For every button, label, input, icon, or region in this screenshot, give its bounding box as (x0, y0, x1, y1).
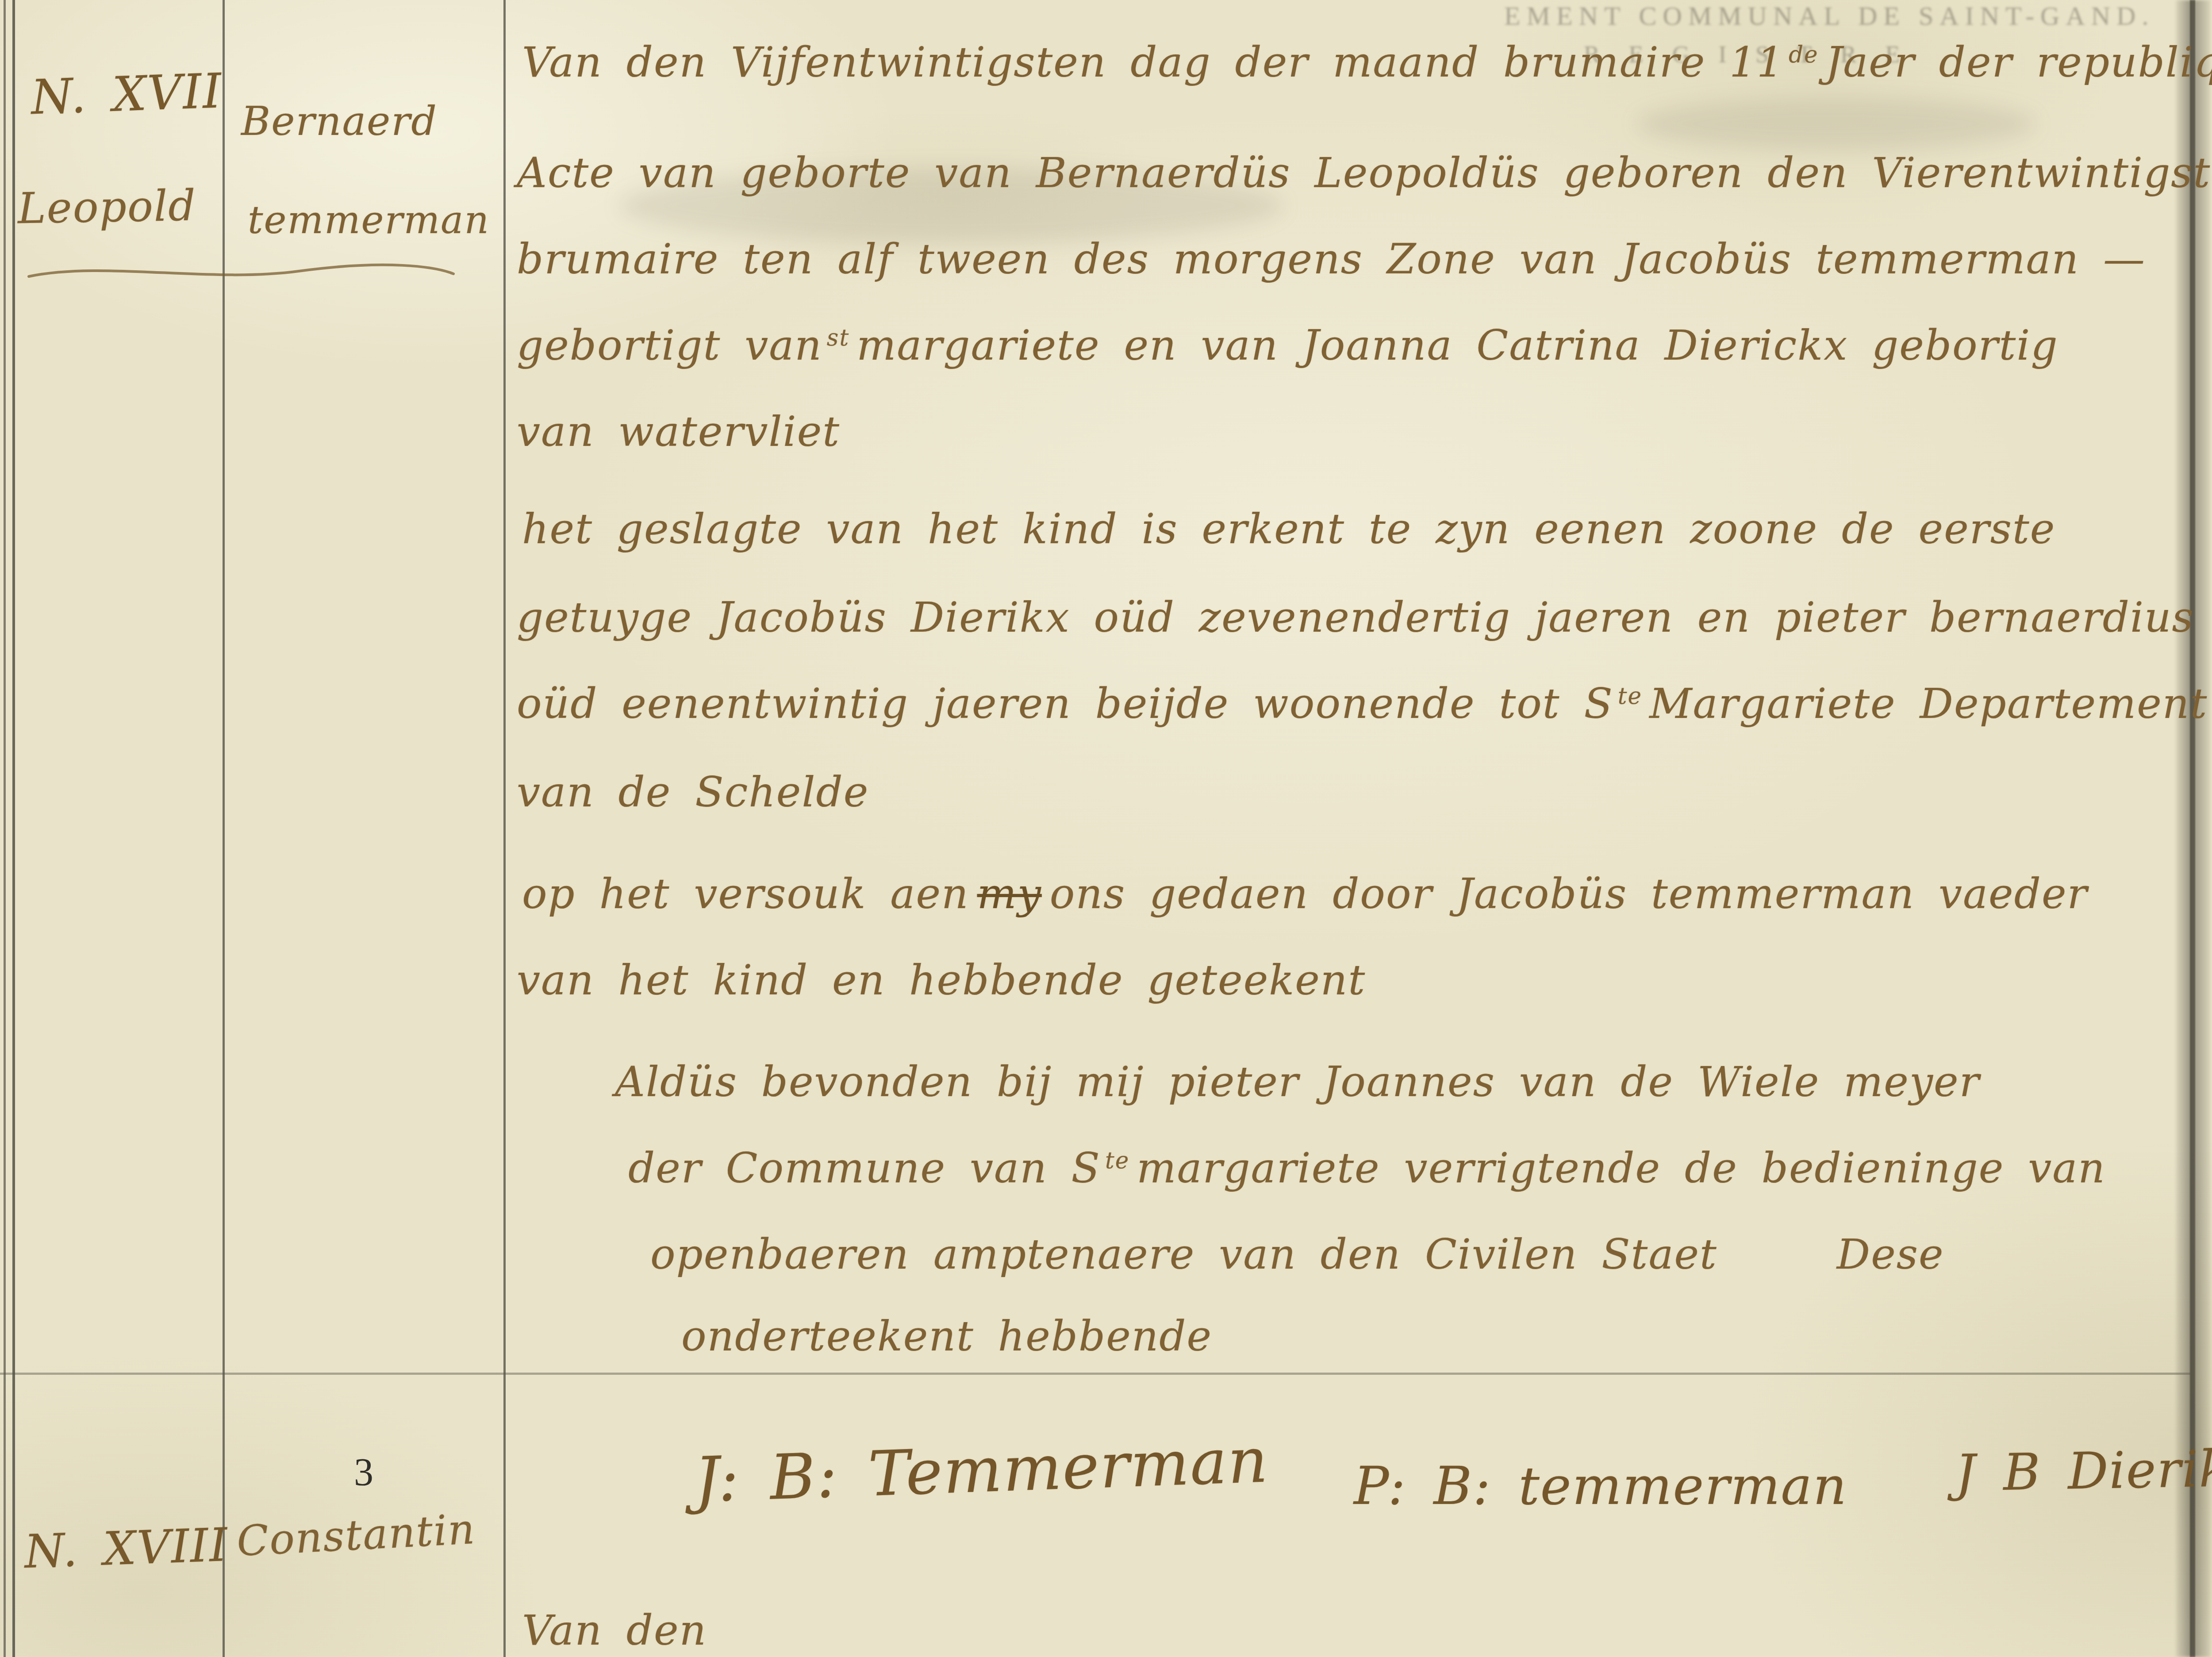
left-margin-rule-inner (12, 0, 15, 1657)
signature-jb-dierikx: J B Dierikx (1955, 1443, 2212, 1499)
next-entry-child-name: Constantin (236, 1509, 476, 1563)
act-line-2: Acte van geborte van Bernaerdüs Leopoldü… (517, 153, 2212, 194)
number-column-rule (223, 0, 225, 1657)
margin-family-name: temmerman (248, 201, 490, 239)
binding-gutter-rule (2190, 0, 2195, 1657)
act-line-7: getuyge Jacobüs Dierikx oüd zevenenderti… (517, 597, 2194, 639)
margin-child-name-line2a: Leopold (17, 184, 196, 230)
act-line-8-text: oüd eenentwintig jaeren beijde woonende … (517, 680, 1613, 728)
signature-pb-temmerman: P: B: temmerman (1354, 1460, 1847, 1512)
ghost-printed-header-line1: EMENT COMMUNAL DE SAINT-GAND. (1504, 1, 2154, 31)
printed-page-number: 3 (354, 1450, 373, 1495)
act-line-10-rest: ons gedaen door Jacobüs temmerman vaeder (1050, 870, 2088, 918)
register-page: EMENT COMMUNAL DE SAINT-GAND. R E G I S … (0, 0, 2212, 1657)
act-line-8: oüd eenentwintig jaeren beijde woonende … (517, 683, 2208, 725)
act-line-5: van watervliet (517, 411, 840, 453)
act-line-9: van de Schelde (517, 772, 869, 813)
act-line-14: openbaeren amptenaere van den Civilen St… (650, 1234, 1944, 1276)
entry-number: N. XVII (30, 67, 223, 122)
superscript-te-2: te (1105, 1147, 1129, 1174)
next-entry-number: N. XVIII (23, 1522, 229, 1575)
signature-jb-temmerman: J: B: Temmerman (694, 1430, 1270, 1511)
next-act-partial-line: Van den (522, 1610, 707, 1652)
act-line-4: gebortigt vanstmargariete en van Joanna … (517, 325, 2058, 367)
act-line-1-rest: Jaer der republique (1826, 38, 2212, 87)
act-separator-line (0, 1373, 2191, 1375)
struck-word: my (977, 870, 1042, 918)
superscript-te: te (1618, 683, 1642, 710)
superscript-de: de (1789, 42, 1819, 68)
act-line-8-rest: Margariete Departement (1649, 680, 2208, 728)
act-line-15: onderteekent hebbende (681, 1316, 1212, 1358)
act-line-6: het geslagte van het kind is erkent te z… (522, 509, 2055, 550)
superscript-st: st (827, 325, 849, 351)
act-line-1-text: Van den Vijfentwintigsten dag der maand … (522, 38, 1784, 87)
act-line-13-text: der Commune van S (628, 1144, 1101, 1193)
act-line-3: brumaire ten alf tween des morgens Zone … (517, 239, 2146, 280)
ink-bleed-blob (1637, 97, 2035, 150)
act-line-14-text: openbaeren amptenaere van den Civilen St… (650, 1231, 1717, 1279)
name-column-rule (503, 0, 506, 1657)
margin-flourish (24, 259, 458, 285)
act-line-1: Van den Vijfentwintigsten dag der maand … (522, 42, 2212, 84)
act-line-4-text: gebortigt van (517, 322, 822, 370)
margin-child-name-line1: Bernaerd (241, 102, 438, 142)
act-line-13-rest: margariete verrigtende de bedieninge van (1137, 1144, 2106, 1193)
act-line-4-rest: margariete en van Joanna Catrina Dierick… (856, 322, 2058, 370)
act-line-14-dese: Dese (1837, 1231, 1944, 1279)
act-line-13: der Commune van Stemargariete verrigtend… (628, 1148, 2106, 1189)
act-line-10: op het versouk aenmyons gedaen door Jaco… (522, 874, 2088, 915)
act-line-10-text: op het versouk aen (522, 870, 969, 918)
act-line-12: Aldüs bevonden bij mij pieter Joannes va… (615, 1062, 1980, 1103)
left-margin-rule-outer (4, 0, 6, 1657)
act-line-11: van het kind en hebbende geteekent (517, 960, 1366, 1001)
